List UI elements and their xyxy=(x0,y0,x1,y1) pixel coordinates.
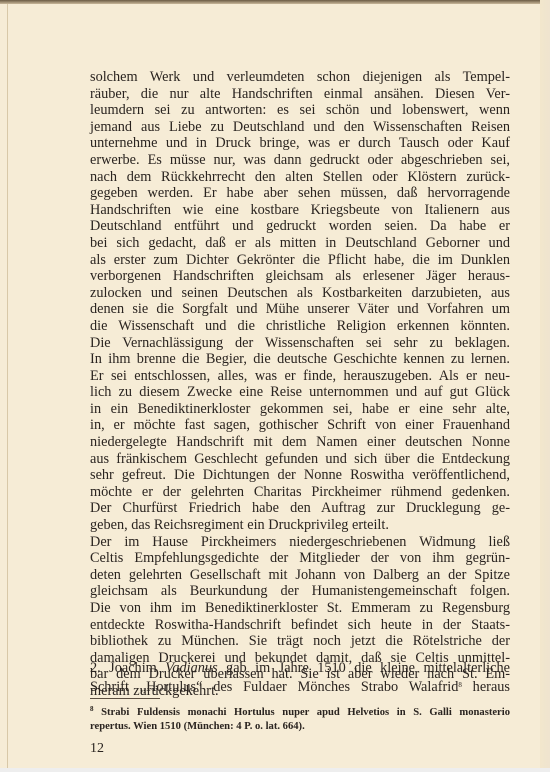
text-line: entdeckte Roswitha-Handschrift befindet … xyxy=(90,617,510,634)
page-number: 12 xyxy=(90,741,104,757)
scan-top-edge xyxy=(0,0,550,4)
text-line: unternehme und in Druck bringe, was er d… xyxy=(90,135,510,152)
section-2-suffix: gab im Jahre 1510 die kleine mittelalter… xyxy=(218,660,510,676)
text-line: Celtis Empfehlungsgedichte der Mitgliede… xyxy=(90,550,510,567)
text-line: bibliothek zu München. Sie trägt noch je… xyxy=(90,633,510,650)
body-text: solchem Werk und verleumdeten schon diej… xyxy=(90,69,510,700)
author-name-italic: Vadianus xyxy=(165,660,217,676)
text-line: niedergelegte Handschrift mit dem Namen … xyxy=(90,434,510,451)
text-line: solchem Werk und verleumdeten schon diej… xyxy=(90,69,510,86)
text-line: in ein Benediktinerkloster gekommen sei,… xyxy=(90,401,510,418)
section-2-paragraph: 2. Joachim Vadianus gab im Jahre 1510 di… xyxy=(90,660,510,696)
text-line: Die von ihm im Benediktinerkloster St. E… xyxy=(90,600,510,617)
text-line: denen sie die Sorgfalt und Mühe unserer … xyxy=(90,301,510,318)
text-line: deten gelehrten Gesellschaft mit Johann … xyxy=(90,567,510,584)
text-line: als erster zum Dichter Gekrönter die Pfl… xyxy=(90,252,510,269)
text-line: leumdern sei zu antworten: es sei schön … xyxy=(90,102,510,119)
section-2-line-2-text: Schrift „Hortulus“ des Fuldaer Mönches S… xyxy=(90,679,458,695)
footnote-divider xyxy=(90,698,160,699)
text-line: bei sich gedacht, daß er als mitten in D… xyxy=(90,235,510,252)
text-line: gegeben werden. Er habe aber sehen müsse… xyxy=(90,185,510,202)
text-line: Er sei entschlossen, alles, was er finde… xyxy=(90,368,510,385)
text-line: Der Churfürst Friedrich habe den Auftrag… xyxy=(90,500,510,517)
text-line: Deutschland entführt und gedruckt worden… xyxy=(90,218,510,235)
text-line: In ihm brenne die Begier, die deutsche G… xyxy=(90,351,510,368)
text-line: möchte er der gelehrten Charitas Pirckhe… xyxy=(90,484,510,501)
page-right-edge xyxy=(540,0,550,772)
text-line: verborgenen Handschriften gleichsam als … xyxy=(90,268,510,285)
text-line: erwerbe. Es müsse nur, was dann gedruckt… xyxy=(90,152,510,169)
footnote-text-1: Strabi Fuldensis monachi Hortulus nuper … xyxy=(94,707,511,718)
text-line: Handschriften wie eine kostbare Kriegsbe… xyxy=(90,202,510,219)
scan-bottom-edge xyxy=(0,768,550,772)
section-2-prefix: 2. Joachim xyxy=(90,660,165,676)
text-line: geben, das Reichsregiment ein Druckprivi… xyxy=(90,517,510,534)
text-line: in, er möchte fast sagen, gothischer Sch… xyxy=(90,417,510,434)
text-line: zulocken und seinen Deutschen als Kostba… xyxy=(90,285,510,302)
section-2-line-2-end: heraus xyxy=(462,679,510,695)
text-line: sehr gefreut. Die Dichtungen der Nonne R… xyxy=(90,467,510,484)
text-line: jemand aus Liebe zu Deutschland und den … xyxy=(90,119,510,136)
footnote-line-2: repertus. Wien 1510 (München: 4 P. o. la… xyxy=(90,720,510,734)
text-line: die Wissenschaft und die christliche Rel… xyxy=(90,318,510,335)
text-line: räuber, die nur alte Handschriften einma… xyxy=(90,86,510,103)
section-2-line-1: 2. Joachim Vadianus gab im Jahre 1510 di… xyxy=(90,660,510,677)
text-line: gleichsam als Beurkundung der Humanisten… xyxy=(90,583,510,600)
footnote: 8 Strabi Fuldensis monachi Hortulus nupe… xyxy=(90,703,510,733)
text-line: aus fränkischem Geschlecht gefunden und … xyxy=(90,451,510,468)
section-2-line-2: Schrift „Hortulus“ des Fuldaer Mönches S… xyxy=(90,677,510,696)
text-line: Der im Hause Pirckheimers niedergeschrie… xyxy=(90,534,510,551)
text-line: lich zu diesem Zwecke eine Reise unterno… xyxy=(90,384,510,401)
text-line: Die Vernachlässigung der Wissenschaften … xyxy=(90,335,510,352)
page-left-edge xyxy=(7,4,8,772)
text-line: nach dem Rückkehrrecht den alten Stellen… xyxy=(90,169,510,186)
footnote-line-1: 8 Strabi Fuldensis monachi Hortulus nupe… xyxy=(90,703,510,720)
